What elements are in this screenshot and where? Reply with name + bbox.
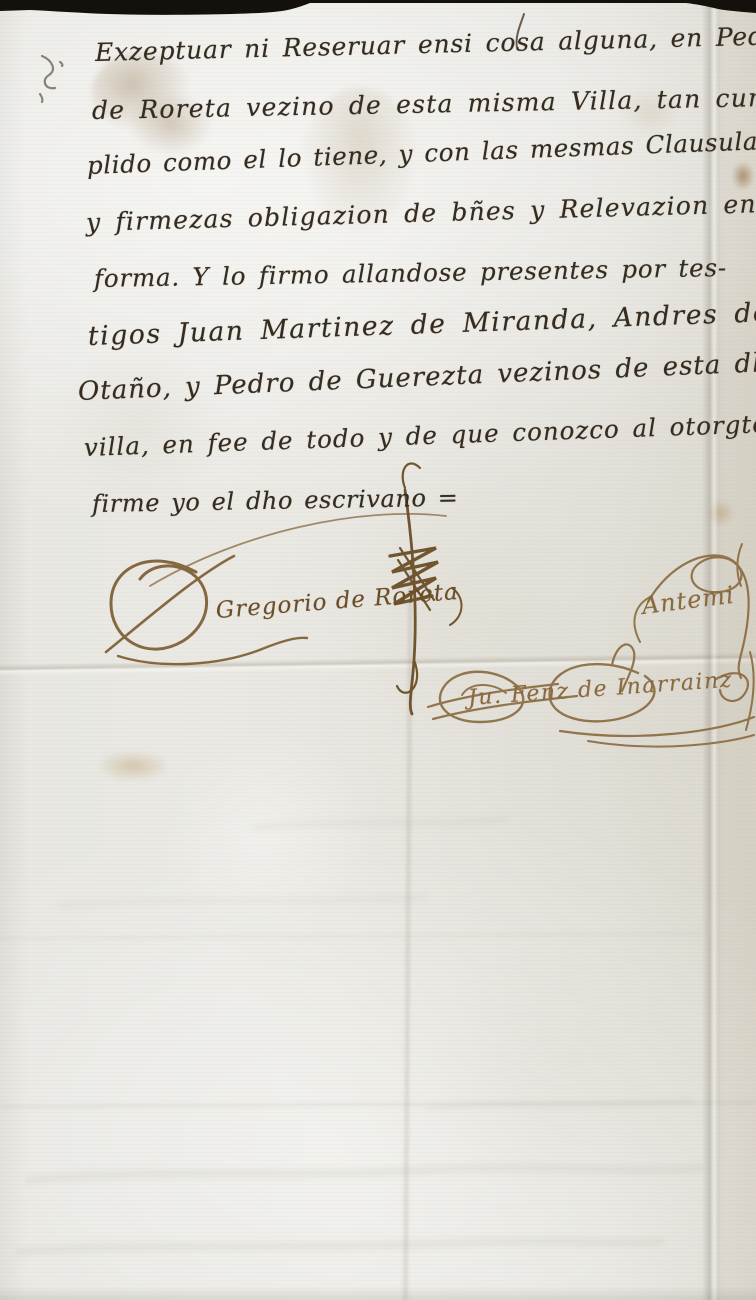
bottom-edge-shadow (0, 1286, 756, 1300)
stain (100, 752, 166, 780)
manuscript-photo: Exzeptuar ni Reseruar ensi cosa alguna, … (0, 0, 756, 1300)
